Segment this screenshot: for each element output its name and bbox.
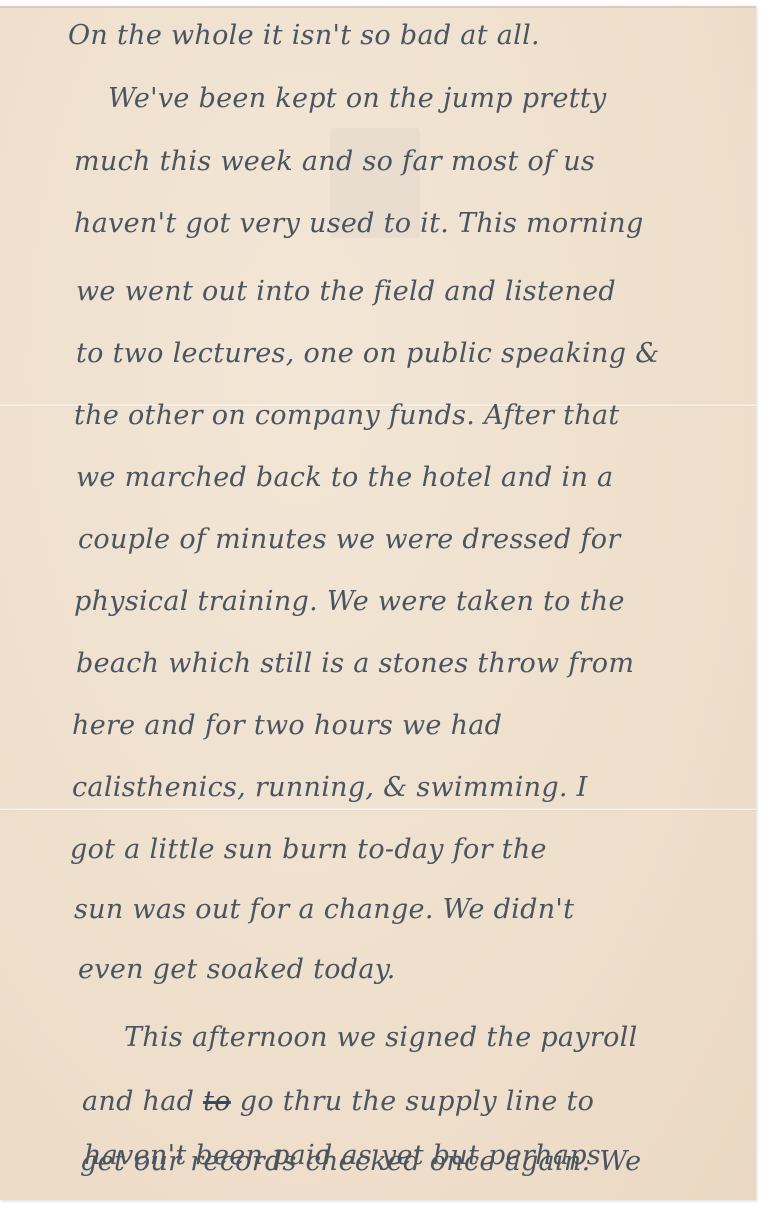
handwritten-line-20: haven't been paid as yet but perhaps — [84, 1140, 601, 1171]
handwritten-line-14: got a little sun burn to-day for the — [70, 834, 547, 865]
line-18-start: and had — [82, 1086, 194, 1117]
handwritten-line-17: This afternoon we signed the payroll — [124, 1022, 638, 1053]
crossed-out-word: to — [203, 1086, 231, 1117]
handwritten-line-15: sun was out for a change. We didn't — [74, 894, 574, 925]
handwritten-line-3: much this week and so far most of us — [74, 146, 595, 177]
handwritten-line-7: the other on company funds. After that — [74, 400, 620, 431]
handwritten-line-18: and had to go thru the supply line to — [82, 1086, 594, 1117]
handwritten-line-12: here and for two hours we had — [72, 710, 502, 741]
handwritten-line-1: On the whole it isn't so bad at all. — [68, 20, 540, 51]
fold-crease-lower — [0, 808, 756, 811]
handwritten-line-9: couple of minutes we were dressed for — [78, 524, 621, 555]
handwritten-line-13: calisthenics, running, & swimming. I — [72, 772, 588, 803]
handwritten-line-4: haven't got very used to it. This mornin… — [74, 208, 644, 239]
handwritten-line-2: We've been kept on the jump pretty — [108, 83, 607, 114]
handwritten-line-8: we marched back to the hotel and in a — [76, 462, 613, 493]
handwritten-line-5: we went out into the field and listened — [76, 276, 616, 307]
line-18-end: go thru the supply line to — [240, 1086, 594, 1117]
handwritten-line-10: physical training. We were taken to the — [74, 586, 625, 617]
handwritten-line-6: to two lectures, one on public speaking … — [76, 338, 660, 369]
handwritten-line-16: even get soaked today. — [78, 954, 396, 985]
handwritten-line-11: beach which still is a stones throw from — [76, 648, 634, 679]
letter-page: On the whole it isn't so bad at all. We'… — [0, 6, 756, 1200]
